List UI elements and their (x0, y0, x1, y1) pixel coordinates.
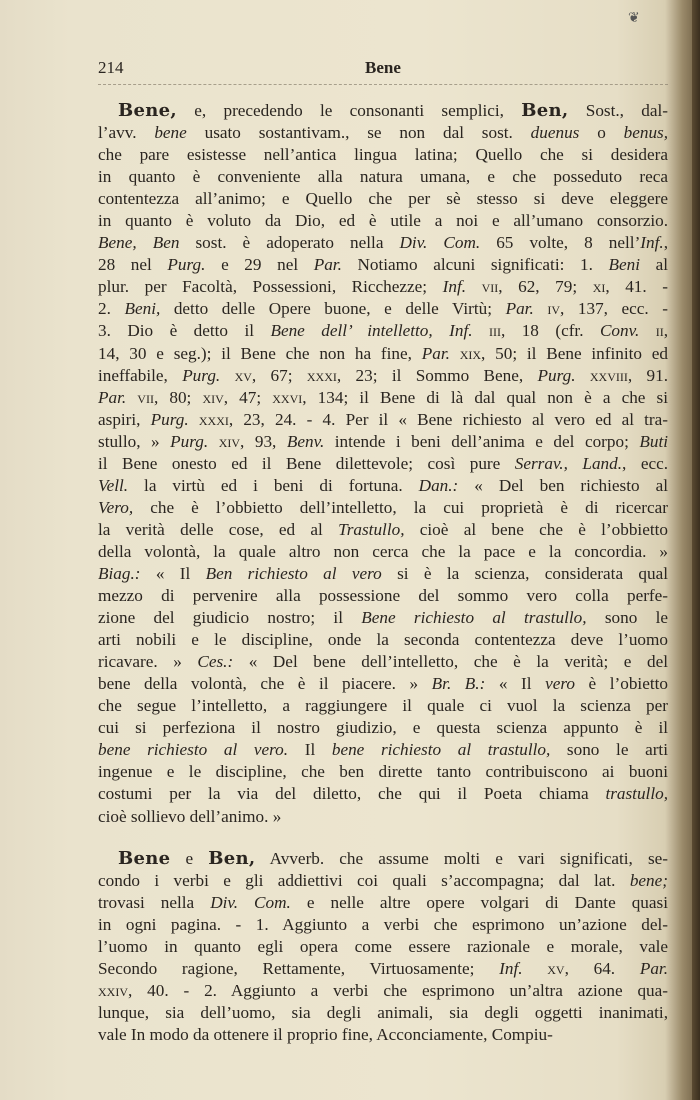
text-line: l’uomo in quanto egli opera come essere … (98, 936, 668, 958)
text-line: che pare esistesse nell’antica lingua la… (98, 144, 668, 166)
text-line: cui si perfeziona il nostro giudizio, e … (98, 717, 668, 739)
text-line: aspiri, Purg. xxxi, 23, 24. - 4. Per il … (98, 409, 668, 431)
text-line: 14, 30 e seg.); il Bene che non ha fine,… (98, 343, 668, 365)
page-header: 214 Bene (98, 58, 668, 82)
text-line: ineffabile, Purg. xv, 67; xxxi, 23; il S… (98, 365, 668, 387)
text-line: l’avv. bene usato sostantivam., se non d… (98, 122, 668, 144)
header-rule (98, 84, 668, 85)
text-line: Bene, e, precedendo le consonanti sempli… (98, 100, 668, 122)
text-line: la verità delle cose, ed al Trastullo, c… (98, 519, 668, 541)
text-line: plur. per Facoltà, Possessioni, Ricchezz… (98, 276, 668, 298)
text-line: bene della volontà, che è il piacere. » … (98, 673, 668, 695)
text-line: 3. Dio è detto il Bene dell’ intelletto,… (98, 320, 668, 342)
text-line: Bene, Ben sost. è adoperato nella Div. C… (98, 232, 668, 254)
text-line: in quanto è voluto da Dio, ed è utile a … (98, 210, 668, 232)
entry-bene-avverbio: Bene e Ben, Avverb. che assume molti e v… (98, 848, 668, 1046)
body-text: Bene, e, precedendo le consonanti sempli… (98, 100, 668, 1046)
text-line: 2. Beni, detto delle Opere buone, e dell… (98, 298, 668, 320)
text-line: Vell. la virtù ed i beni di fortuna. Dan… (98, 475, 668, 497)
paragraph-gap (98, 828, 668, 848)
text-line: in quanto è conveniente alla natura uman… (98, 166, 668, 188)
text-line: 28 nel Purg. e 29 nel Par. Notiamo alcun… (98, 254, 668, 276)
text-line: costumi per la via del diletto, che qui … (98, 783, 668, 805)
ornament-mark: ❦ (628, 10, 640, 26)
text-line: vale In modo da ottenere il proprio fine… (98, 1024, 668, 1046)
text-line: arti nobili e le discipline, onde la sec… (98, 629, 668, 651)
text-line: stullo, » Purg. xiv, 93, Benv. intende i… (98, 431, 668, 453)
text-line: xxiv, 40. - 2. Aggiunto a verbi che espr… (98, 980, 668, 1002)
text-line: condo i verbi e gli addiettivi coi quali… (98, 870, 668, 892)
text-line: trovasi nella Div. Com. e nelle altre op… (98, 892, 668, 914)
running-head: Bene (98, 58, 668, 78)
text-line: mezzo di pervenire alla possessione del … (98, 585, 668, 607)
book-spine-edge (692, 0, 700, 1100)
text-line: ricavare. » Ces.: « Del bene dell’intell… (98, 651, 668, 673)
text-line: Vero, che è l’obbietto dell’intelletto, … (98, 497, 668, 519)
book-page: ❦ 214 Bene Bene, e, precedendo le conson… (0, 0, 700, 1100)
text-line: il Bene onesto ed il Bene dilettevole; c… (98, 453, 668, 475)
text-line: contentezza all’animo; e Quello che per … (98, 188, 668, 210)
text-line: ingenue e le discipline, che ben dirette… (98, 761, 668, 783)
entry-bene-sostantivo: Bene, e, precedendo le consonanti sempli… (98, 100, 668, 828)
text-line: lunque, sia dell’uomo, sia degli animali… (98, 1002, 668, 1024)
text-line: Bene e Ben, Avverb. che assume molti e v… (98, 848, 668, 870)
text-line: della volontà, la quale altro non cerca … (98, 541, 668, 563)
text-line: bene richiesto al vero. Il bene richiest… (98, 739, 668, 761)
text-line: cioè sollievo dell’animo. » (98, 806, 668, 828)
text-line: Secondo ragione, Rettamente, Virtuosamen… (98, 958, 668, 980)
text-line: Biag.: « Il Ben richiesto al vero si è l… (98, 563, 668, 585)
text-line: in ogni pagina. - 1. Aggiunto a verbi ch… (98, 914, 668, 936)
text-line: zione del giudicio nostro; il Bene richi… (98, 607, 668, 629)
text-line: che segue l’intelletto, a raggiungere il… (98, 695, 668, 717)
text-line: Par. vii, 80; xiv, 47; xxvi, 134; il Ben… (98, 387, 668, 409)
